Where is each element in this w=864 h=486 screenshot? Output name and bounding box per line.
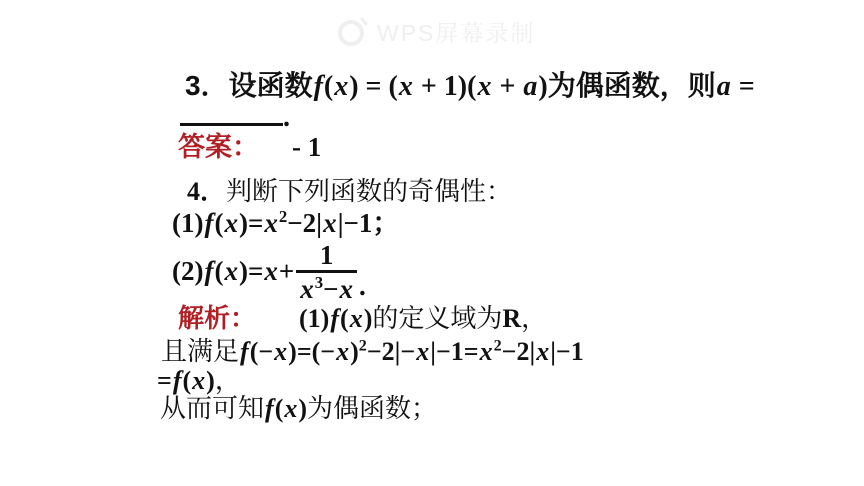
text-segment: ) [206,366,215,395]
text-segment: 的定义域为 [372,304,502,333]
screen-recorder-logo-icon [336,14,370,48]
text-segment: x [339,274,355,304]
text-segment: ( [214,256,223,287]
conclusion-line: 从而可知f(x)为偶函数； [160,394,437,424]
text-segment: ) = ( [349,71,398,102]
text-segment: ， [521,304,547,333]
text-segment: + [492,71,522,102]
text-segment: f [239,337,250,366]
text-segment: x [273,337,288,366]
text-segment: ) [350,337,359,366]
text-segment: 3．设函数 [185,70,313,101]
text-segment: 从而可知 [160,394,264,423]
text-segment: |−1； [338,208,400,238]
text-segment: f [313,71,324,102]
text-segment: f [172,366,183,395]
text-segment: x [191,366,206,395]
text-segment: 且满足 [161,337,239,366]
text-segment: |−1 [550,337,584,366]
text-segment: x [299,274,315,304]
text-segment: ) [538,71,547,102]
analysis-line: 解析：(1)f(x)的定义域为R， [178,304,547,334]
answer-blank-line: . [180,100,290,134]
slide-canvas: WPS屏幕录制 3．设函数f(x) = (x + 1)(x + a)为偶函数，则… [0,0,864,486]
text-segment: f [203,256,214,287]
text-segment: x [398,71,414,102]
superscript: 2 [359,337,367,354]
fraction: 1x3−x [296,241,357,304]
text-segment: (1) [299,304,329,333]
text-segment: 为偶函数，则 [548,70,716,101]
text-segment: x [335,337,350,366]
problem-4-line: 4．判断下列函数的奇偶性： [187,177,512,207]
text-segment: f [264,394,275,423]
watermark-text: WPS屏幕录制 [377,15,535,48]
answer-blank-underline [180,100,283,126]
text-segment: 4． [187,177,226,206]
answer-label: 答案： [178,132,259,162]
text-segment: 判断下列函数的奇偶性： [226,177,512,206]
text-segment: + [279,256,294,287]
text-segment: a [522,71,538,102]
text-segment: x [263,208,279,238]
answer-value: - 1 [292,132,321,162]
text-segment: = [157,366,172,395]
fraction-numerator: 1 [314,241,340,270]
superscript: 2 [494,337,502,354]
text-segment: x [283,394,298,423]
text-segment: |−1= [430,337,478,366]
text-segment: x [263,256,279,287]
text-segment: a [716,71,732,102]
text-segment: x [535,337,550,366]
text-segment: −2| [287,208,322,238]
text-segment: (2) [172,256,203,287]
problem-3-line: 3．设函数f(x) = (x + 1)(x + a)为偶函数，则a = [185,70,755,103]
text-segment: − [323,274,338,304]
text-segment: ( [183,366,192,395]
answer-line: 答案：- 1 [178,132,321,163]
text-segment: f [203,208,214,238]
text-segment: R [502,304,521,333]
text-segment: x [349,304,364,333]
derivation-line-1: 且满足f(−x)=(−x)2−2|−x|−1=x2−2|x|−1 [161,337,584,367]
text-segment: x [223,256,239,287]
text-segment: x [415,337,430,366]
text-segment: 为偶函数； [307,394,437,423]
text-segment: ， [215,366,241,395]
text-segment: ) [298,394,307,423]
watermark: WPS屏幕录制 [336,14,535,48]
text-segment: (− [250,337,273,366]
text-segment: (1) [172,208,203,238]
text-segment: x [322,208,338,238]
derivation-line-2: =f(x)， [157,366,241,396]
text-segment: = [732,71,755,102]
text-segment: x [333,71,349,102]
text-segment: f [329,304,340,333]
text-segment: −2|− [367,337,415,366]
text-segment: x [476,71,492,102]
text-segment: x [223,208,239,238]
text-segment: ( [324,71,333,102]
text-segment: )=(− [288,337,335,366]
subproblem-2-formula: (2)f(x)=x+1x3−x. [172,244,366,300]
superscript: 2 [279,207,287,226]
subproblem-1-formula: (1)f(x)=x2−2|x|−1； [172,208,399,239]
text-segment: )= [239,256,263,287]
text-segment: + 1)( [414,71,477,102]
text-segment: −2| [502,337,536,366]
superscript: 3 [315,273,323,292]
text-segment: . [359,271,366,302]
analysis-label: 解析： [178,303,256,333]
text-segment: ( [340,304,349,333]
text-segment: . [283,102,290,133]
text-segment: 1 [320,240,334,270]
text-segment: )= [239,208,263,238]
text-segment: x [479,337,494,366]
fraction-denominator: x3−x [296,270,357,303]
